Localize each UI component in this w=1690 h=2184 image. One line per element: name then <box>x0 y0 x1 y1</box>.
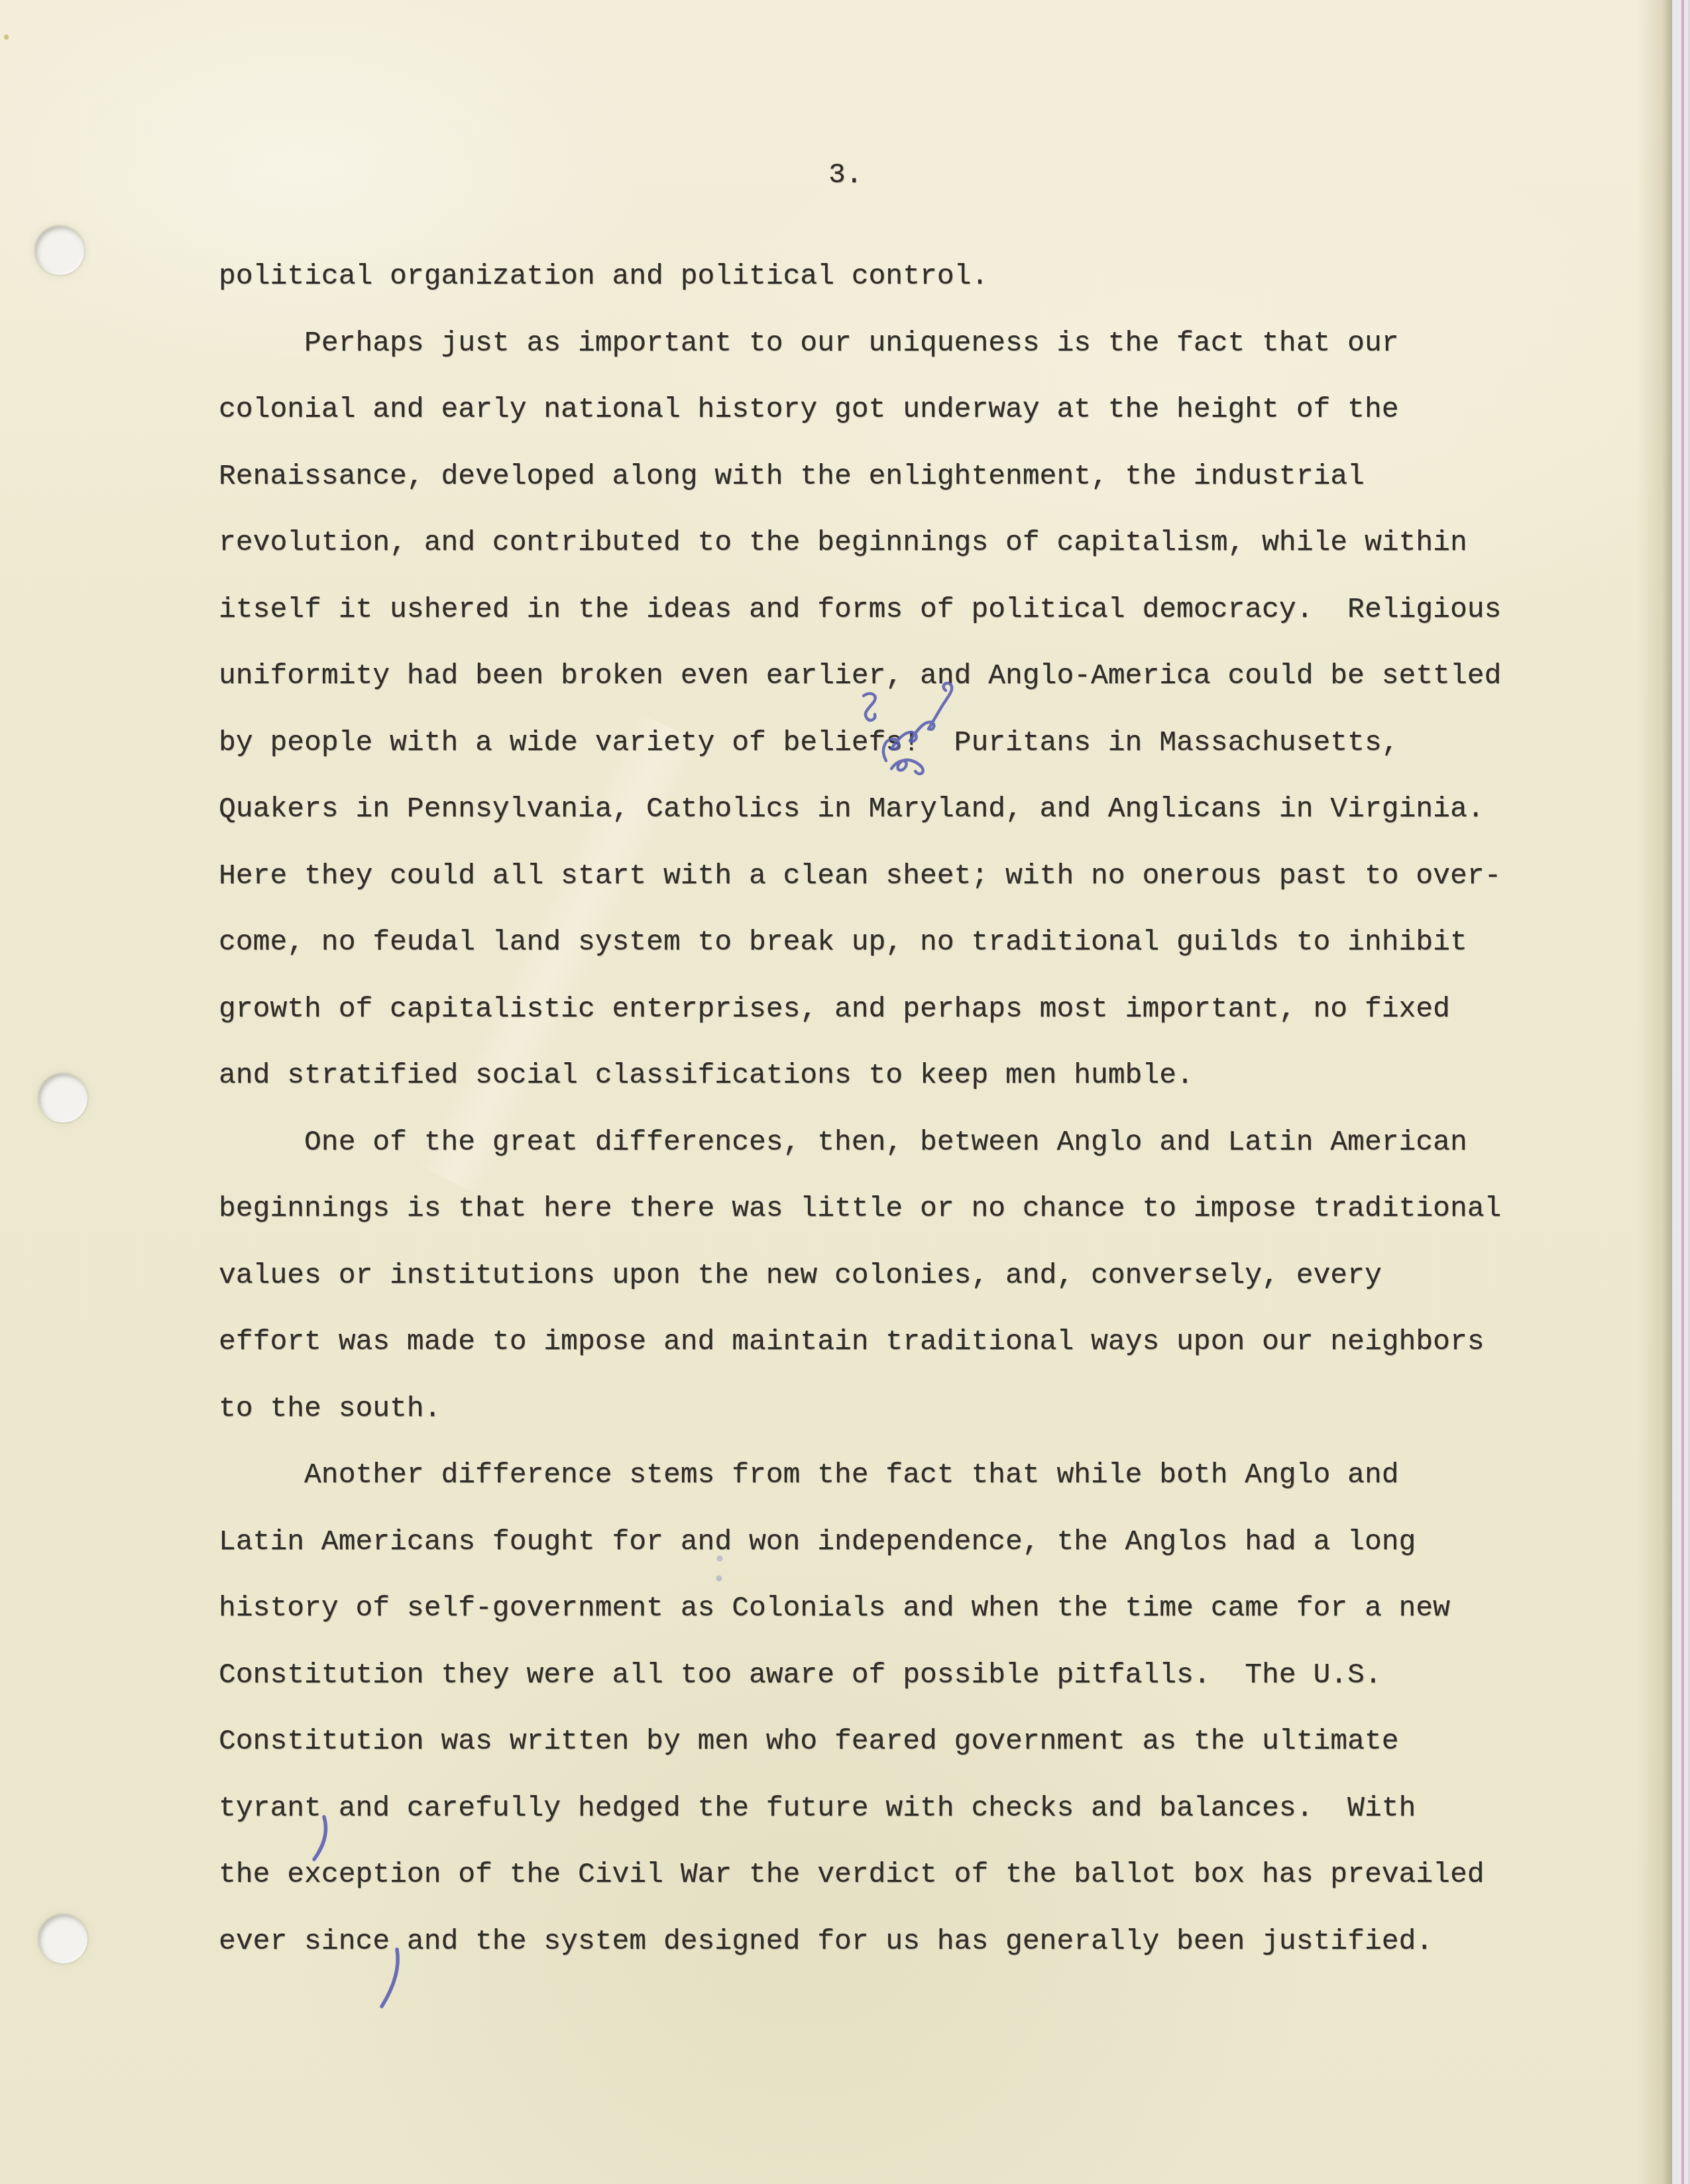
typed-line: beginnings is that here there was little… <box>219 1194 1501 1223</box>
typed-line: Renaissance, developed along with the en… <box>219 462 1365 490</box>
typed-line: One of the great differences, then, betw… <box>219 1128 1467 1156</box>
typed-line: Here they could all start with a clean s… <box>219 861 1501 890</box>
typed-line: Quakers in Pennsylvania, Catholics in Ma… <box>219 794 1485 823</box>
typed-line: by people with a wide variety of beliefs… <box>219 728 1399 757</box>
typed-line: tyrant and carefully hedged the future w… <box>219 1794 1416 1822</box>
typed-line: Constitution was written by men who fear… <box>219 1727 1399 1755</box>
typed-line: ever since and the system designed for u… <box>219 1927 1433 1955</box>
typed-line: colonial and early national history got … <box>219 395 1399 423</box>
typed-line: uniformity had been broken even earlier,… <box>219 661 1501 690</box>
typed-line: effort was made to impose and maintain t… <box>219 1327 1485 1356</box>
punch-hole-bottom <box>38 1914 87 1963</box>
typed-line: revolution, and contributed to the begin… <box>219 528 1467 557</box>
typed-line: history of self-government as Colonials … <box>219 1594 1450 1622</box>
punch-hole-top <box>35 226 84 275</box>
typed-line: growth of capitalistic enterprises, and … <box>219 995 1450 1023</box>
paper-speck <box>4 34 9 40</box>
paper-sheet: 3. political organization and political … <box>0 0 1672 2184</box>
typed-line: political organization and political con… <box>219 262 988 290</box>
typed-line: itself it ushered in the ideas and forms… <box>219 595 1501 624</box>
typed-line: the exception of the Civil War the verdi… <box>219 1860 1485 1888</box>
punch-hole-middle <box>38 1073 87 1122</box>
typed-line: values or institutions upon the new colo… <box>219 1261 1382 1289</box>
typed-line: Latin Americans fought for and won indep… <box>219 1527 1416 1556</box>
typed-line: and stratified social classifications to… <box>219 1061 1194 1089</box>
typed-line: Perhaps just as important to our uniquen… <box>219 329 1399 357</box>
typed-line: Constitution they were all too aware of … <box>219 1661 1382 1689</box>
typed-line: Another difference stems from the fact t… <box>219 1460 1399 1489</box>
typed-line: come, no feudal land system to break up,… <box>219 928 1467 956</box>
typed-line: to the south. <box>219 1394 441 1423</box>
scanned-page: 3. political organization and political … <box>0 0 1690 2184</box>
scanner-background-strip <box>1672 0 1690 2184</box>
page-number: 3. <box>828 160 863 189</box>
pink-margin-line <box>1681 0 1684 2184</box>
